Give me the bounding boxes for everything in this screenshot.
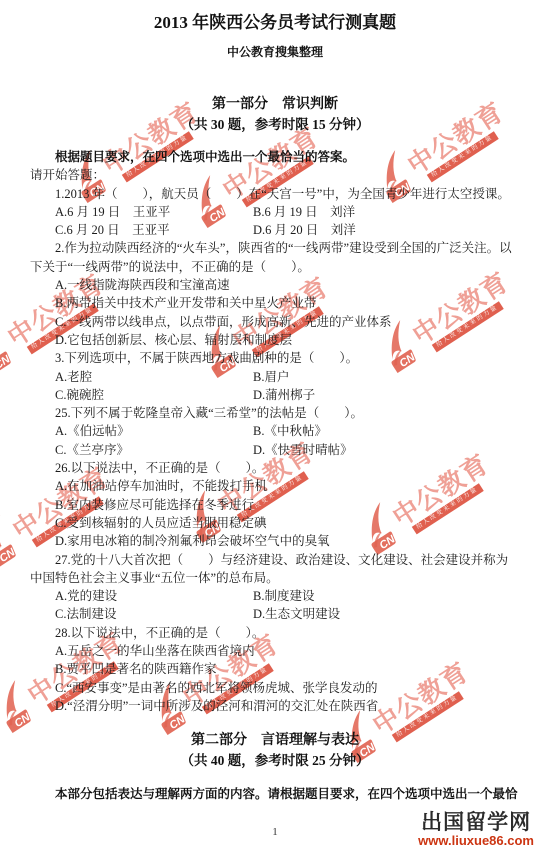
question-block: 28.以下说法中，不正确的是（ ）。A.五岳之一的华山坐落在陕西省境内B.贾平凹… xyxy=(30,624,520,715)
option: C.6 月 20 日 王亚平 xyxy=(55,221,253,239)
question-stem: 28.以下说法中，不正确的是（ ）。 xyxy=(30,624,520,642)
question-list: 1.2013 年（ ），航天员（ ）在“天宫一号”中，为全国青少年进行太空授课。… xyxy=(30,185,520,716)
question-block: 25.下列不属于乾隆皇帝入藏“三希堂”的法帖是（ ）。A.《伯远帖》B.《中秋帖… xyxy=(30,404,520,459)
option: B.6 月 19 日 刘洋 xyxy=(253,203,355,221)
option: B.眉户 xyxy=(253,368,289,386)
option: B.制度建设 xyxy=(253,587,314,605)
option: A.五岳之一的华山坐落在陕西省境内 xyxy=(30,642,520,660)
option: A.党的建设 xyxy=(55,587,253,605)
question-block: 27.党的十八大首次把（ ）与经济建设、政治建设、文化建设、社会建设并称为中国特… xyxy=(30,551,520,624)
question-block: 3.下列选项中，不属于陕西地方戏曲剧种的是（ ）。A.老腔B.眉户C.碗碗腔D.… xyxy=(30,349,520,404)
option: B.《中秋帖》 xyxy=(253,422,327,440)
question-block: 2.作为拉动陕西经济的“火车头”，陕西省的“一线两带”建设受到全国的广泛关注。以… xyxy=(30,239,520,349)
option: C.碗碗腔 xyxy=(55,386,253,404)
option: C.一线两带以线串点，以点带面，形成高新、先进的产业体系 xyxy=(30,313,520,331)
option: B.两带指关中技术产业开发带和关中星火产业带 xyxy=(30,294,520,312)
question-stem: 25.下列不属于乾隆皇帝入藏“三希堂”的法帖是（ ）。 xyxy=(30,404,520,422)
document-title: 2013 年陕西公务员考试行测真题 xyxy=(30,12,520,34)
question-stem: 27.党的十八大首次把（ ）与经济建设、政治建设、文化建设、社会建设并称为中国特… xyxy=(30,551,520,588)
begin-note: 请开始答题： xyxy=(30,166,520,184)
section2-instruction: 本部分包括表达与理解两方面的内容。请根据题目要求，在四个选项中选出一个最恰 xyxy=(30,785,520,803)
option-row: C.法制建设D.生态文明建设 xyxy=(30,605,520,623)
option: A.一线指陇海陕西段和宝潼高速 xyxy=(30,276,520,294)
option: A.老腔 xyxy=(55,368,253,386)
question-block: 26.以下说法中，不正确的是（ ）。A.在加油站停车加油时，不能拨打手机B.室内… xyxy=(30,459,520,550)
option: B.室内装修应尽可能选择在冬季进行 xyxy=(30,496,520,514)
question-stem: 2.作为拉动陕西经济的“火车头”，陕西省的“一线两带”建设受到全国的广泛关注。以… xyxy=(30,239,520,276)
question-block: 1.2013 年（ ），航天员（ ）在“天宫一号”中，为全国青少年进行太空授课。… xyxy=(30,185,520,240)
site-stamp: 出国留学网 www.liuxue86.com xyxy=(418,811,534,848)
option: D.蒲州梆子 xyxy=(253,386,315,404)
option-row: C.6 月 20 日 王亚平D.6 月 20 日 刘洋 xyxy=(30,221,520,239)
option: B.贾平凹是著名的陕西籍作家 xyxy=(30,660,520,678)
option: D.家用电冰箱的制冷剂氟利昂会破坏空气中的臭氧 xyxy=(30,532,520,550)
option: A.《伯远帖》 xyxy=(55,422,253,440)
section2-time-limit: （共 40 题，参考时限 25 分钟） xyxy=(30,751,520,771)
option: A.在加油站停车加油时，不能拨打手机 xyxy=(30,477,520,495)
option: C.受到核辐射的人员应适当服用稳定碘 xyxy=(30,514,520,532)
option-row: A.6 月 19 日 王亚平B.6 月 19 日 刘洋 xyxy=(30,203,520,221)
option: D.生态文明建设 xyxy=(253,605,340,623)
option: D.6 月 20 日 刘洋 xyxy=(253,221,356,239)
section1-time-limit: （共 30 题，参考时限 15 分钟） xyxy=(30,115,520,135)
section1-heading: 第一部分 常识判断 xyxy=(30,95,520,115)
option: D.“泾渭分明”一词中所涉及的泾河和渭河的交汇处在陕西省 xyxy=(30,697,520,715)
option: C.“西安事变”是由著名的西北军将领杨虎城、张学良发动的 xyxy=(30,679,520,697)
document-subtitle: 中公教育搜集整理 xyxy=(30,44,520,61)
option: C.《兰亭序》 xyxy=(55,441,253,459)
question-stem: 3.下列选项中，不属于陕西地方戏曲剧种的是（ ）。 xyxy=(30,349,520,367)
option: C.法制建设 xyxy=(55,605,253,623)
section1-instruction: 根据题目要求，在四个选项中选出一个最恰当的答案。 xyxy=(30,148,520,166)
site-url: www.liuxue86.com xyxy=(418,834,534,848)
option-row: C.《兰亭序》D.《快雪时晴帖》 xyxy=(30,441,520,459)
option-row: A.老腔B.眉户 xyxy=(30,368,520,386)
document-content: 2013 年陕西公务员考试行测真题 中公教育搜集整理 第一部分 常识判断 （共 … xyxy=(0,0,550,804)
option-row: C.碗碗腔D.蒲州梆子 xyxy=(30,386,520,404)
site-name: 出国留学网 xyxy=(418,811,534,834)
option-row: A.党的建设B.制度建设 xyxy=(30,587,520,605)
option: D.它包括创新层、核心层、辐射层和制度层 xyxy=(30,331,520,349)
document-page: CN中公教育给人改变未来的力量CN中公教育给人改变未来的力量CN中公教育给人改变… xyxy=(0,0,550,850)
option: A.6 月 19 日 王亚平 xyxy=(55,203,253,221)
option: D.《快雪时晴帖》 xyxy=(253,441,353,459)
option-row: A.《伯远帖》B.《中秋帖》 xyxy=(30,422,520,440)
question-stem: 26.以下说法中，不正确的是（ ）。 xyxy=(30,459,520,477)
section2-heading: 第二部分 言语理解与表达 xyxy=(30,731,520,751)
question-stem: 1.2013 年（ ），航天员（ ）在“天宫一号”中，为全国青少年进行太空授课。 xyxy=(30,185,520,203)
